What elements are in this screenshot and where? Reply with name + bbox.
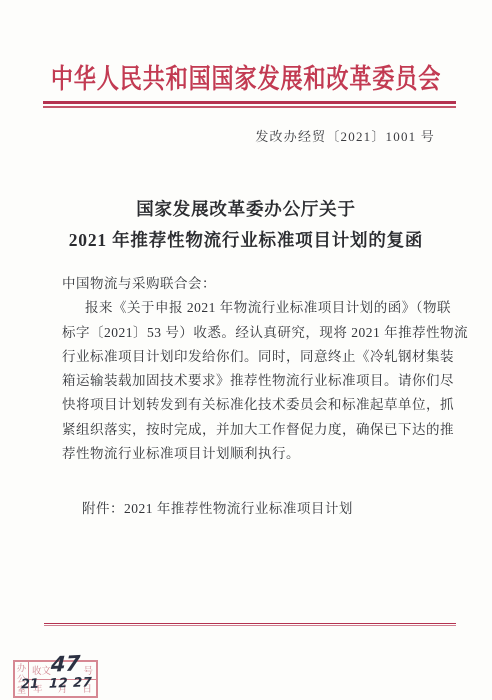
letterhead-double-rule bbox=[43, 101, 456, 108]
document-number: 发改办经贸〔2021〕1001 号 bbox=[255, 126, 435, 145]
body-line: 荐性物流行业标准项目计划顺利执行。 bbox=[62, 442, 447, 466]
stamp-received-label: 收文 bbox=[32, 663, 51, 677]
document-title: 国家发展改革委办公厅关于 2021 年推荐性物流行业标准项目计划的复函 bbox=[0, 194, 492, 256]
footer-rule bbox=[44, 623, 456, 626]
letter-body: 中国物流与采购联合会： 报来《关于申报 2021 年物流行业标准项目计划的函》（… bbox=[62, 272, 447, 466]
title-line-1: 国家发展改革委办公厅关于 bbox=[0, 194, 492, 225]
body-line: 紧组织落实，按时完成，并加大工作督促力度，确保已下达的推 bbox=[62, 418, 447, 442]
received-document-stamp: 办公室 收文 号 年 月 日 47 21 12 27 bbox=[13, 660, 98, 698]
body-line: 报来《关于申报 2021 年物流行业标准项目计划的函》（物联 bbox=[62, 296, 447, 320]
handwritten-month-day: 12 27 bbox=[49, 675, 93, 692]
letterhead-org-name: 中华人民共和国国家发展和改革委员会 bbox=[44, 57, 447, 96]
body-line: 行业标准项目计划印发给你们。同时，同意终止《冷轧钢材集装 bbox=[62, 345, 447, 369]
handwritten-year: 21 bbox=[21, 677, 40, 693]
title-line-2: 2021 年推荐性物流行业标准项目计划的复函 bbox=[0, 225, 492, 256]
attachment-line: 附件：2021 年推荐性物流行业标准项目计划 bbox=[82, 497, 353, 521]
handwritten-received-number: 47 bbox=[50, 651, 80, 677]
body-line: 箱运输装载加固技术要求》推荐性物流行业标准项目。请你们尽 bbox=[62, 369, 447, 393]
body-line: 快将项目计划转发到有关标准化技术委员会和标准起草单位，抓 bbox=[62, 393, 447, 417]
scanned-letter-page: 中华人民共和国国家发展和改革委员会 发改办经贸〔2021〕1001 号 国家发展… bbox=[0, 0, 492, 700]
body-line: 标字〔2021〕53 号）收悉。经认真研究，现将 2021 年推荐性物流 bbox=[62, 321, 447, 345]
salutation: 中国物流与采购联合会： bbox=[62, 272, 447, 296]
